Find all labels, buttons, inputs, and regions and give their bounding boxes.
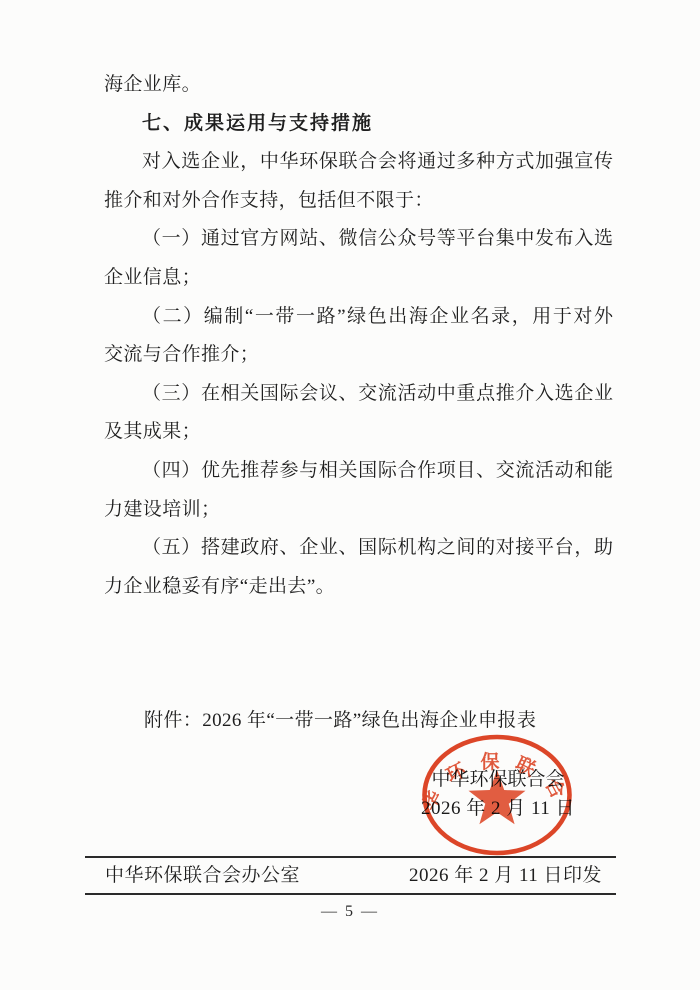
footer-issue-date: 2026 年 2 月 11 日印发 [409,860,602,892]
doc-line: 交流与合作推介； [104,336,613,375]
doc-line: （一）通过官方网站、微信公众号等平台集中发布入选 [104,220,613,259]
official-seal-stamp: 中华环保联合会 [419,732,575,858]
footer-rule-top [85,856,616,858]
footer-row: 中华环保联合会办公室 2026 年 2 月 11 日印发 [85,860,616,892]
footer-rule-bottom [85,893,616,895]
document-page: 海企业库。 七、成果运用与支持措施 对入选企业，中华环保联合会将通过多种方式加强… [0,0,700,990]
doc-line: （四）优先推荐参与相关国际合作项目、交流活动和能 [104,452,613,491]
doc-line: （五）搭建政府、企业、国际机构之间的对接平台，助 [104,529,613,568]
seal-star-icon [469,770,526,824]
doc-line: 对入选企业，中华环保联合会将通过多种方式加强宣传 [104,143,613,182]
doc-line: 企业信息； [104,259,613,298]
doc-line: 力企业稳妥有序“走出去”。 [104,568,613,607]
document-body: 海企业库。 七、成果运用与支持措施 对入选企业，中华环保联合会将通过多种方式加强… [104,66,613,741]
section-heading: 七、成果运用与支持措施 [104,105,613,144]
doc-line: 及其成果； [104,413,613,452]
footer-issuer: 中华环保联合会办公室 [105,860,300,892]
doc-line: （二）编制“一带一路”绿色出海企业名录，用于对外 [104,298,613,337]
doc-line: 推介和对外合作支持，包括但不限于： [104,182,613,221]
page-number: — 5 — [0,903,700,921]
doc-line: 力建设培训； [104,491,613,530]
doc-line: 海企业库。 [104,66,613,105]
doc-line: （三）在相关国际会议、交流活动中重点推介入选企业 [104,375,613,414]
